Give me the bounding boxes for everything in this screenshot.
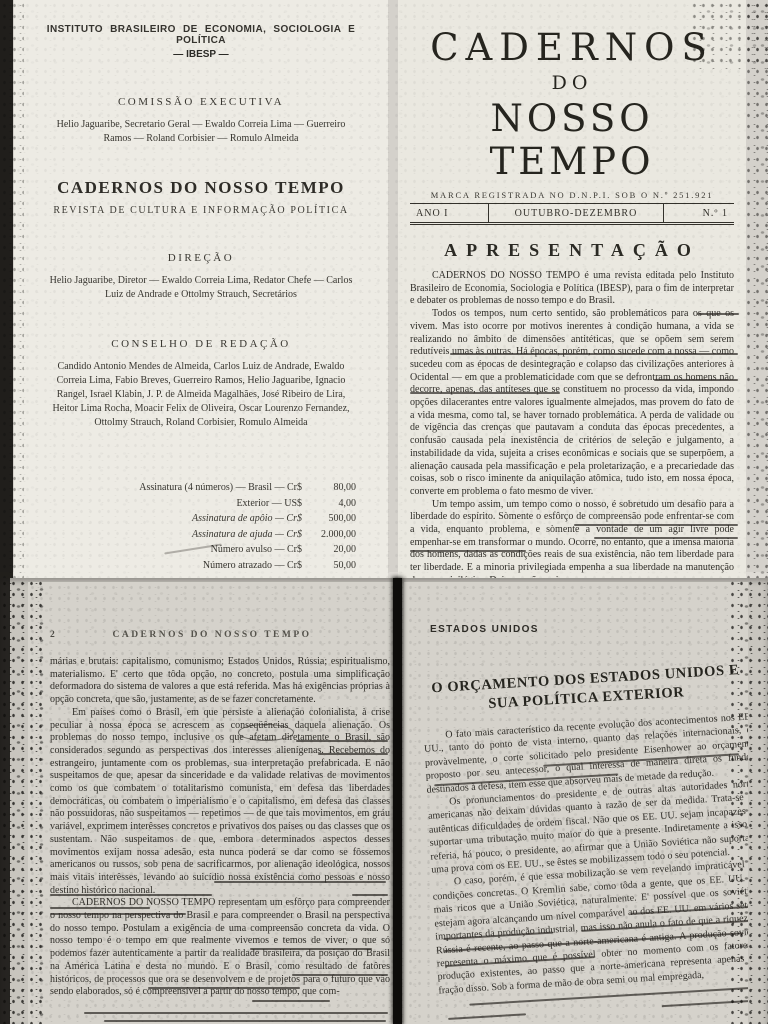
pencil-circle xyxy=(238,724,294,741)
pencil-underline xyxy=(318,753,388,755)
institute-name: INSTITUTO BRASILEIRO DE ECONOMIA, SOCIOL… xyxy=(38,24,364,46)
conselho-heading: CONSELHO DE REDAÇÃO xyxy=(38,338,364,350)
pencil-underline xyxy=(574,524,738,526)
paragraph: Em países como o Brasil, em que persiste… xyxy=(50,707,390,898)
pencil-underline xyxy=(697,313,739,315)
section-kicker: ESTADOS UNIDOS xyxy=(430,624,539,635)
pencil-underline xyxy=(148,987,300,989)
pencil-underline xyxy=(594,537,738,539)
article-body: O fato mais característico da recente ev… xyxy=(423,710,748,997)
page-credits-content: INSTITUTO BRASILEIRO DE ECONOMIA, SOCIOL… xyxy=(14,0,388,578)
pencil-underline xyxy=(250,948,372,950)
comissao-heading: COMISSÃO EXECUTIVA xyxy=(38,96,364,108)
subscription-row: Exterior — US$ 4,00 xyxy=(46,496,356,512)
section-title-apresentacao: APRESENTAÇÃO xyxy=(410,240,734,261)
masthead-bar: ANO I OUTUBRO-DEZEMBRO N.º 1 xyxy=(410,203,734,225)
subscription-label: Assinatura de ajuda — Cr$ xyxy=(192,527,302,543)
masthead-period: OUTUBRO-DEZEMBRO xyxy=(489,204,664,222)
masthead-issue: N.º 1 xyxy=(664,204,734,222)
pencil-underline xyxy=(654,379,738,381)
pencil-strike xyxy=(104,1020,386,1022)
scanned-document: INSTITUTO BRASILEIRO DE ECONOMIA, SOCIOL… xyxy=(0,0,768,1024)
page-credits: INSTITUTO BRASILEIRO DE ECONOMIA, SOCIOL… xyxy=(14,0,388,578)
pencil-underline xyxy=(252,1000,330,1002)
running-title: CADERNOS DO NOSSO TEMPO xyxy=(86,630,338,640)
subscription-row: Número atrazado — Cr$ 50,00 xyxy=(46,558,356,574)
apresentacao-body: CADERNOS DO NOSSO TEMPO é uma revista ed… xyxy=(410,270,734,578)
pencil-strike xyxy=(50,913,186,915)
pencil-underline xyxy=(296,740,388,742)
subscription-label: Número avulso — Cr$ xyxy=(211,542,302,558)
page-number: 2 xyxy=(50,630,86,640)
subscription-row: Assinatura de ajuda — Cr$ 2.000,00 xyxy=(46,527,356,543)
institute-acronym: — IBESP — xyxy=(38,49,364,60)
subscription-row: Assinatura de apôio — Cr$ 500,00 xyxy=(46,511,356,527)
journal-subtitle: REVISTA DE CULTURA E INFORMAÇÃO POLÍTICA xyxy=(38,205,364,216)
subscription-value: 500,00 xyxy=(302,511,356,527)
subscription-label: Exterior — US$ xyxy=(236,496,302,512)
masthead-year: ANO I xyxy=(410,204,489,222)
journal-title: CADERNOS DO NOSSO TEMPO xyxy=(38,178,364,198)
subscription-label: Assinatura (4 números) — Brasil — Cr$ xyxy=(139,480,302,496)
paragraph: O caso, porém, é que essa mobilização se… xyxy=(432,858,748,998)
pencil-underline xyxy=(292,974,388,976)
subscription-value: 20,00 xyxy=(302,542,356,558)
article: O ORÇAMENTO DOS ESTADOS UNIDOS E SUA POL… xyxy=(420,660,748,997)
pencil-underline xyxy=(50,894,212,896)
conselho-members: Candido Antonio Mendes de Almeida, Carlo… xyxy=(48,360,354,430)
pencil-underline xyxy=(450,353,738,355)
subscription-row: Assinatura (4 números) — Brasil — Cr$ 80… xyxy=(46,480,356,496)
page-two: 2 CADERNOS DO NOSSO TEMPO márias e bruta… xyxy=(28,582,396,1024)
scan-edge-left-bottom-bar xyxy=(0,578,10,1024)
direcao-members: Helio Jaguaribe, Diretor — Ewaldo Correi… xyxy=(48,274,354,302)
subscription-value: 50,00 xyxy=(302,558,356,574)
subscription-label: Número atrazado — Cr$ xyxy=(203,558,302,574)
trademark-line: MARCA REGISTRADA NO D.N.P.I. SOB O N.º 2… xyxy=(410,190,734,200)
pencil-underline xyxy=(214,881,386,883)
subscription-label: Assinatura de apôio — Cr$ xyxy=(192,511,302,527)
cover-title-line3: NOSSO TEMPO xyxy=(410,97,734,183)
paragraph: márias e brutais: capitalismo, comunismo… xyxy=(50,656,390,707)
page-cover-content: CADERNOS DO NOSSO TEMPO MARCA REGISTRADA… xyxy=(398,0,746,578)
page-article: ESTADOS UNIDOS O ORÇAMENTO DOS ESTADOS U… xyxy=(404,582,748,1024)
pencil-underline xyxy=(410,550,526,552)
paragraph: Todos os tempos, num certo sentido, são … xyxy=(410,308,734,499)
pencil-underline xyxy=(352,894,388,896)
subscription-value: 2.000,00 xyxy=(302,527,356,543)
cover-title-line2: DO xyxy=(410,72,734,94)
pencil-underline xyxy=(662,999,748,1007)
subscription-table: Assinatura (4 números) — Brasil — Cr$ 80… xyxy=(46,480,356,573)
page-gutter-divider xyxy=(393,578,402,1024)
running-header: 2 CADERNOS DO NOSSO TEMPO xyxy=(50,630,374,640)
pencil-underline xyxy=(448,1013,526,1019)
subscription-value: 4,00 xyxy=(302,496,356,512)
subscription-row: Número avulso — Cr$ 20,00 xyxy=(46,542,356,558)
pencil-underline xyxy=(84,1012,388,1014)
pencil-underline xyxy=(50,907,150,909)
paragraph: CADERNOS DO NOSSO TEMPO é uma revista ed… xyxy=(410,270,734,308)
direcao-heading: DIREÇÃO xyxy=(38,252,364,264)
comissao-members: Helio Jaguaribe, Secretario Geral — Ewal… xyxy=(48,118,354,146)
page-cover: CADERNOS DO NOSSO TEMPO MARCA REGISTRADA… xyxy=(398,0,746,578)
cover-title-line1: CADERNOS xyxy=(410,26,734,69)
subscription-value: 80,00 xyxy=(302,480,356,496)
pencil-underline xyxy=(410,392,560,394)
